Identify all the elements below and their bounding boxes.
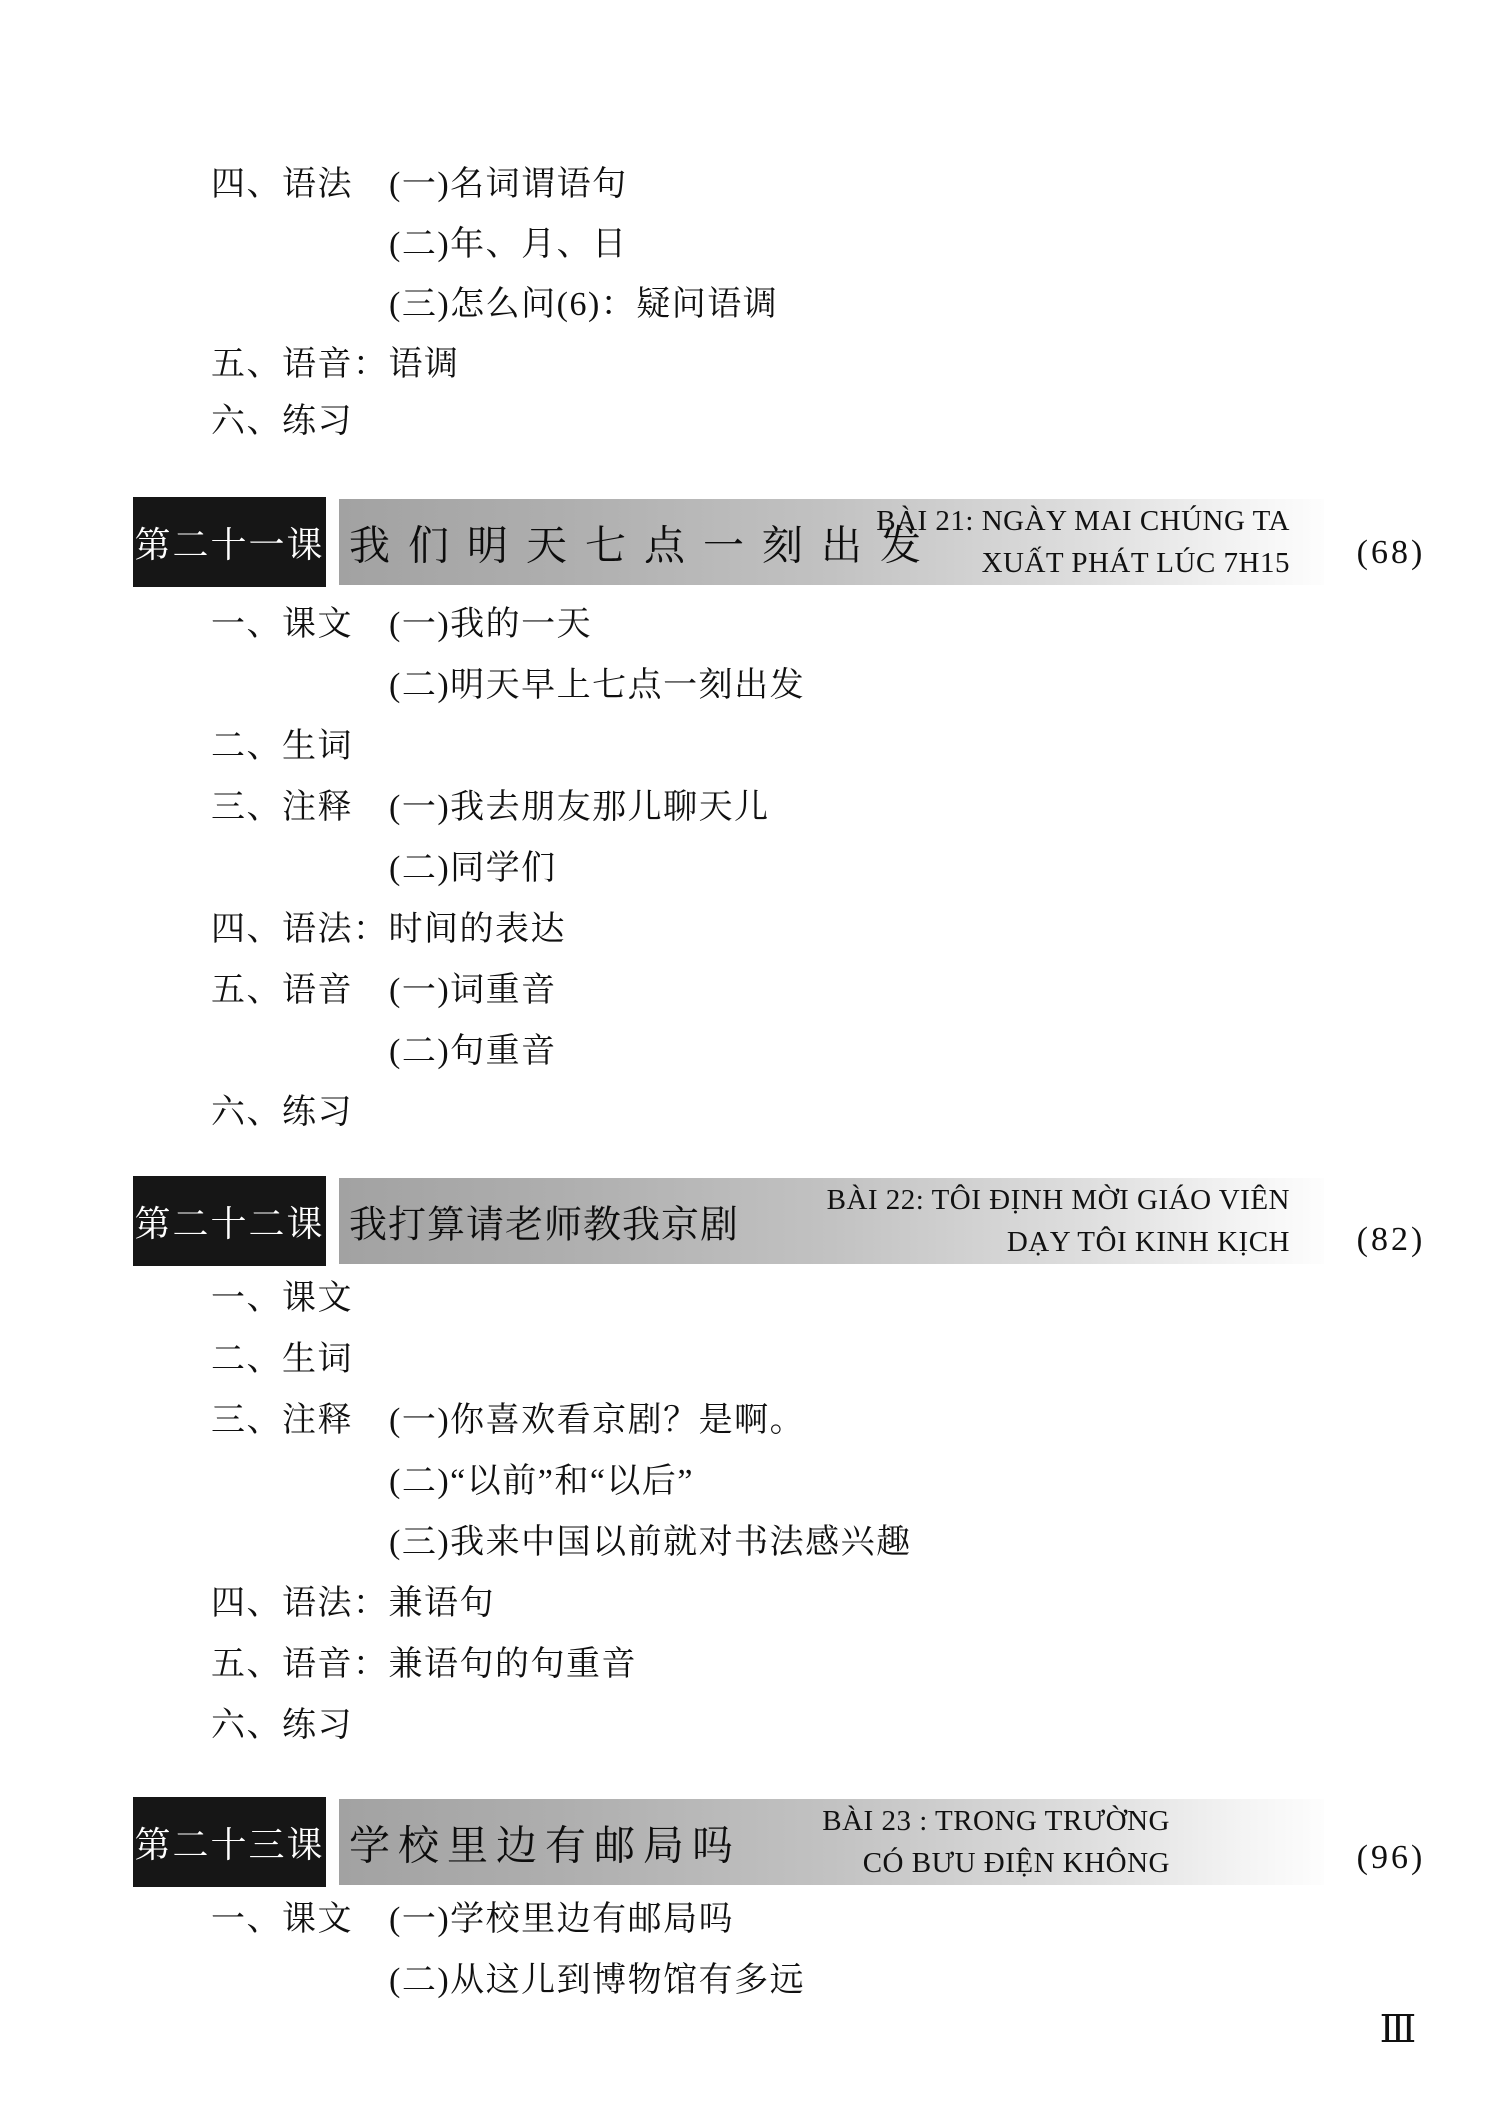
lesson-title-zh: 我打算请老师教我京剧 <box>349 1194 739 1249</box>
toc-row-subitem: (二)从这儿到博物馆有多远 <box>389 1959 805 2003</box>
toc-row-label: 六、练习 <box>211 1091 353 1135</box>
page-number: Ⅲ <box>1368 2007 1428 2053</box>
toc-row-label: 一、课文 <box>211 603 353 647</box>
lesson-title-vi-line2: XUẤT PHÁT LÚC 7H15 <box>876 542 1290 584</box>
lesson-number-box: 第二十一课 <box>133 497 326 587</box>
toc-row-label: 一、课文 <box>211 1898 353 1942</box>
lesson-title-zh: 我们明天七点一刻出发 <box>349 513 939 572</box>
toc-row-subitem: (一)词重音 <box>389 969 557 1013</box>
toc-page: 四、语法 (一)名词谓语句 (二)年、月、日 (三)怎么问(6)：疑问语调 五、… <box>0 0 1512 2119</box>
toc-row-label: 四、语法：时间的表达 <box>211 908 566 952</box>
lesson-banner-bar: 学校里边有邮局吗 BÀI 23 : TRONG TRƯỜNG CÓ BƯU ĐI… <box>339 1799 1324 1885</box>
toc-row-label: 三、注释 <box>211 1399 353 1443</box>
lesson-banner-21: 第二十一课 我们明天七点一刻出发 BÀI 21: NGÀY MAI CHÚNG … <box>133 497 1324 587</box>
lesson-title-vi-line1: BÀI 23 : TRONG TRƯỜNG <box>822 1800 1170 1842</box>
lesson-banner-23: 第二十三课 学校里边有邮局吗 BÀI 23 : TRONG TRƯỜNG CÓ … <box>133 1797 1324 1887</box>
lesson-banner-bar: 我打算请老师教我京剧 BÀI 22: TÔI ĐỊNH MỜI GIÁO VIÊ… <box>339 1178 1324 1264</box>
lesson-title-vi: BÀI 22: TÔI ĐỊNH MỜI GIÁO VIÊN DẠY TÔI K… <box>827 1179 1290 1263</box>
toc-row-label: 五、语音 <box>211 969 353 1013</box>
lesson-title-vi-line2: DẠY TÔI KINH KỊCH <box>827 1221 1290 1263</box>
lesson-title-vi-line2: CÓ BƯU ĐIỆN KHÔNG <box>822 1842 1170 1884</box>
lesson-title-vi: BÀI 23 : TRONG TRƯỜNG CÓ BƯU ĐIỆN KHÔNG <box>822 1800 1170 1884</box>
toc-row-subitem: (二)明天早上七点一刻出发 <box>389 664 805 708</box>
lesson-banner-22: 第二十二课 我打算请老师教我京剧 BÀI 22: TÔI ĐỊNH MỜI GI… <box>133 1176 1324 1266</box>
lesson-number-box: 第二十三课 <box>133 1797 326 1887</box>
toc-row-subitem: (一)你喜欢看京剧？是啊。 <box>389 1399 805 1443</box>
toc-row-label: 四、语法 <box>211 163 353 207</box>
lesson-number-label: 第二十一课 <box>134 517 324 568</box>
toc-row-subitem: (一)学校里边有邮局吗 <box>389 1898 734 1942</box>
toc-row-label: 三、注释 <box>211 786 353 830</box>
toc-row-label: 二、生词 <box>211 1338 353 1382</box>
lesson-number-label: 第二十二课 <box>134 1196 324 1247</box>
lesson-number-box: 第二十二课 <box>133 1176 326 1266</box>
toc-row-subitem: (一)我的一天 <box>389 603 592 647</box>
toc-row-subitem: (三)怎么问(6)：疑问语调 <box>389 283 778 327</box>
lesson-page-ref: (96) <box>1336 1836 1446 1880</box>
lesson-page-ref: (82) <box>1336 1218 1446 1262</box>
toc-row-label: 四、语法：兼语句 <box>211 1582 495 1626</box>
toc-row-subitem: (一)名词谓语句 <box>389 163 628 207</box>
toc-row-label: 一、课文 <box>211 1277 353 1321</box>
toc-row-label: 五、语音：语调 <box>211 343 460 387</box>
lesson-title-zh: 学校里边有邮局吗 <box>349 1813 741 1872</box>
lesson-title-vi: BÀI 21: NGÀY MAI CHÚNG TA XUẤT PHÁT LÚC … <box>876 500 1290 584</box>
toc-row-label: 六、练习 <box>211 400 353 444</box>
toc-row-subitem: (二)同学们 <box>389 847 557 891</box>
toc-row-label: 二、生词 <box>211 725 353 769</box>
toc-row-label: 五、语音：兼语句的句重音 <box>211 1643 637 1687</box>
lesson-title-vi-line1: BÀI 21: NGÀY MAI CHÚNG TA <box>876 500 1290 542</box>
toc-row-label: 六、练习 <box>211 1704 353 1748</box>
lesson-page-ref: (68) <box>1336 531 1446 575</box>
lesson-title-vi-line1: BÀI 22: TÔI ĐỊNH MỜI GIÁO VIÊN <box>827 1179 1290 1221</box>
toc-row-subitem: (二)句重音 <box>389 1030 557 1074</box>
lesson-banner-bar: 我们明天七点一刻出发 BÀI 21: NGÀY MAI CHÚNG TA XUẤ… <box>339 499 1324 585</box>
toc-row-subitem: (二)年、月、日 <box>389 223 628 267</box>
toc-row-subitem: (三)我来中国以前就对书法感兴趣 <box>389 1521 912 1565</box>
lesson-number-label: 第二十三课 <box>134 1817 324 1868</box>
toc-row-subitem: (二)“以前”和“以后” <box>389 1460 694 1504</box>
toc-row-subitem: (一)我去朋友那儿聊天儿 <box>389 786 770 830</box>
